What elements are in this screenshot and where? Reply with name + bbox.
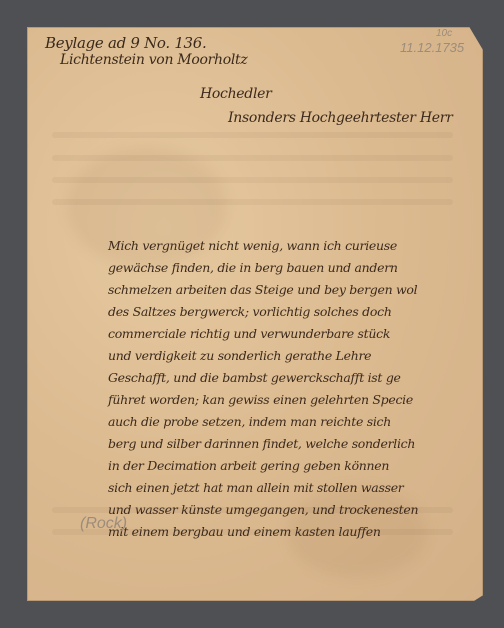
body-line: schmelzen arbeiten das Steige und bey be…	[108, 282, 417, 297]
salutation-line-1: Hochedler	[200, 86, 272, 102]
body-line: Geschafft, und die bambst gewerckschafft…	[108, 370, 401, 385]
body-line: auch die probe setzen, indem man reichte…	[108, 414, 391, 429]
header-note-line-2: Lichtenstein von Moorholtz	[60, 52, 247, 68]
body-line: des Saltzes bergwerck; vorlichtig solche…	[108, 304, 392, 319]
body-line: und verdigkeit zu sonderlich gerathe Leh…	[108, 348, 371, 363]
show-through-line	[52, 132, 453, 138]
header-note-line-1: Beylage ad 9 No. 136.	[45, 34, 207, 52]
show-through-line	[52, 177, 453, 183]
body-line: führet worden; kan gewiss einen gelehrte…	[108, 392, 413, 407]
body-line: gewächse finden, die in berg bauen und a…	[108, 260, 398, 275]
show-through-line	[52, 155, 453, 161]
body-line: sich einen jetzt hat man allein mit stol…	[108, 480, 403, 495]
body-line: commerciale richtig und verwunderbare st…	[108, 326, 390, 341]
show-through-line	[52, 199, 453, 205]
pencil-annotation-rock: (Rock)	[80, 515, 127, 533]
body-line: in der Decimation arbeit gering geben kö…	[108, 458, 389, 473]
pencil-folio-number: 10c	[436, 28, 452, 39]
pencil-date: 11.12.1735	[400, 40, 464, 55]
body-line: mit einem bergbau und einem kasten lauff…	[108, 524, 381, 539]
salutation-line-2: Insonders Hochgeehrtester Herr	[228, 110, 453, 126]
body-line: berg und silber darinnen findet, welche …	[108, 436, 415, 451]
body-line: und wasser künste umgegangen, und trocke…	[108, 502, 418, 517]
body-line: Mich vergnüget nicht wenig, wann ich cur…	[108, 238, 397, 253]
